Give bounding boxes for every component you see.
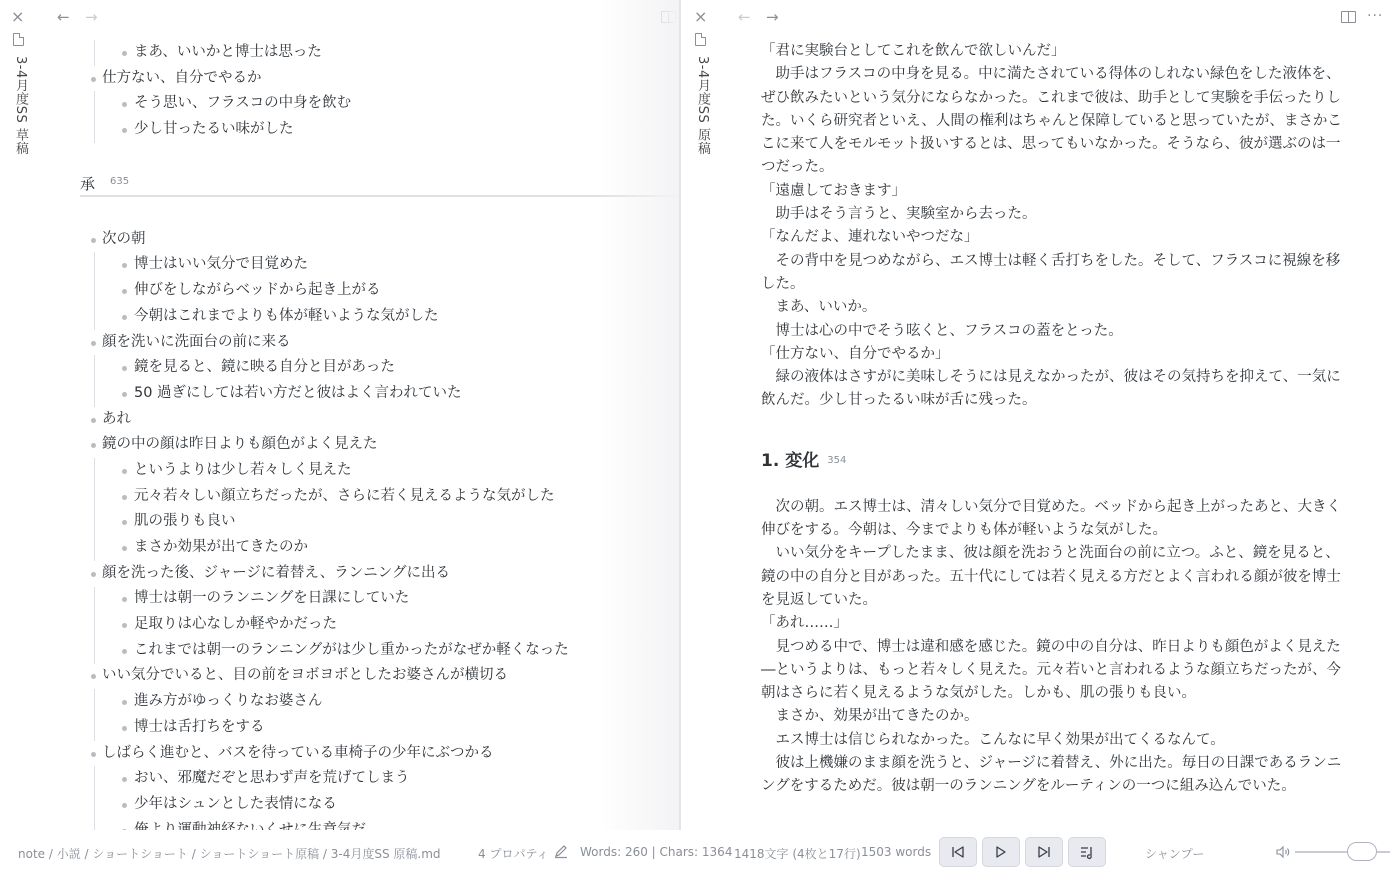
bullet-icon[interactable] [122, 803, 127, 808]
left-pane: × 3-4月度SS 草稿 ← → まあ、いいかと博士は思った仕方ない、自分でやる… [0, 0, 680, 830]
paragraph: 「遠慮しておきます」 [761, 180, 1351, 203]
outline-item[interactable]: そう思い、フラスコの中身を飲む [80, 91, 680, 117]
breadcrumb[interactable]: note / 小説 / ショートショート / ショートショート原稿 / 3-4月… [18, 845, 441, 862]
outline-item[interactable]: 肌の張りも良い [80, 509, 680, 535]
indent-guide [94, 91, 95, 142]
outline-item-text: そう思い、フラスコの中身を飲む [134, 95, 351, 111]
bullet-icon[interactable] [122, 392, 127, 397]
bullet-icon[interactable] [122, 366, 127, 371]
play-button[interactable] [982, 837, 1020, 867]
left-tab-rail: × 3-4月度SS 草稿 [0, 0, 38, 830]
outline-editor[interactable]: まあ、いいかと博士は思った仕方ない、自分でやるかそう思い、フラスコの中身を飲む少… [80, 40, 680, 830]
outline-item[interactable]: 少年はシュンとした表情になる [80, 792, 680, 818]
volume-slider-thumb[interactable] [1347, 842, 1377, 861]
outline-item[interactable]: 足取りは心なしか軽やかだった [80, 612, 680, 638]
outline-item[interactable]: おい、邪魔だぞと思わず声を荒げてしまう [80, 766, 680, 792]
outline-top-group: まあ、いいかと博士は思った仕方ない、自分でやるかそう思い、フラスコの中身を飲む少… [80, 40, 680, 143]
outline-item[interactable]: 伸びをしながらベッドから起き上がる [80, 278, 680, 304]
reading-view-icon[interactable] [1341, 11, 1356, 23]
outline-item-text: 伸びをしながらベッドから起き上がる [134, 282, 381, 298]
paragraph: 助手はフラスコの中身を見る。中に満たされている得体のしれない緑色をした液体を、ぜ… [761, 63, 1351, 179]
outline-item[interactable]: あれ [80, 407, 680, 433]
volume-icon[interactable] [1275, 844, 1291, 860]
skip-back-icon [950, 844, 966, 860]
bullet-icon[interactable] [122, 469, 127, 474]
bullet-icon[interactable] [122, 520, 127, 525]
paragraph: 見つめる中で、博士は違和感を感じた。鏡の中の自分は、昨日よりも顔色がよく見えた―… [761, 636, 1351, 706]
outline-item-text: 鏡を見ると、鏡に映る自分と目があった [134, 359, 395, 375]
paragraph: 緑の液体はさすがに美味しそうには見えなかったが、彼はその気持ちを抑えて、一気に飲… [761, 366, 1351, 413]
bullet-icon[interactable] [91, 418, 96, 423]
paragraph: その背中を見つめながら、エス博士は軽く舌打ちをした。そして、フラスコに視線を移し… [761, 250, 1351, 297]
bullet-icon[interactable] [122, 546, 127, 551]
outline-item[interactable]: 鏡の中の顔は昨日よりも顔色がよく見えた [80, 432, 680, 458]
heading-rule [80, 195, 680, 197]
pencil-icon[interactable] [553, 843, 569, 859]
indent-guide [94, 458, 95, 561]
outline-main-group: 次の朝博士はいい気分で目覚めた伸びをしながらベッドから起き上がる今朝はこれまでよ… [80, 227, 680, 830]
section-heading: 1. 変化354 [761, 446, 1351, 476]
outline-item-text: 足取りは心なしか軽やかだった [134, 616, 337, 632]
bullet-icon[interactable] [91, 752, 96, 757]
outline-item-text: 博士は舌打ちをする [134, 719, 265, 735]
outline-item[interactable]: しばらく進むと、バスを待っている車椅子の少年にぶつかる [80, 741, 680, 767]
outline-item[interactable]: 顔を洗いに洗面台の前に来る [80, 330, 680, 356]
paragraph: 彼は上機嫌のまま顔を洗うと、ジャージに着替え、外に出た。毎日の日課であるランニン… [761, 752, 1351, 799]
bullet-icon[interactable] [122, 51, 127, 56]
outline-item[interactable]: 鏡を見ると、鏡に映る自分と目があった [80, 355, 680, 381]
playlist-icon [1079, 844, 1095, 860]
outline-item[interactable]: まさか効果が出てきたのか [80, 535, 680, 561]
outline-item-text: 博士はいい気分で目覚めた [134, 256, 308, 272]
previous-track-button[interactable] [939, 837, 977, 867]
outline-item-text: いい気分でいると、目の前をヨボヨボとしたお婆さんが横切る [102, 667, 508, 683]
outline-item-text: 顔を洗いに洗面台の前に来る [102, 334, 291, 350]
right-pane-title[interactable]: 3-4月度SS 原稿 [693, 56, 712, 155]
outline-item[interactable]: 今朝はこれまでよりも体が軽いような気がした [80, 304, 680, 330]
outline-item[interactable]: というよりは少し若々しく見えた [80, 458, 680, 484]
outline-item[interactable]: 博士は朝一のランニングを日課にしていた [80, 586, 680, 612]
bullet-icon[interactable] [122, 289, 127, 294]
outline-item-text: 少年はシュンとした表情になる [134, 796, 337, 812]
file-icon [13, 33, 24, 46]
paragraph: エス博士は信じられなかった。こんなに早く効果が出てくるなんて。 [761, 729, 1351, 752]
heading-text: 承 [80, 173, 95, 194]
bullet-icon[interactable] [91, 674, 96, 679]
document-body[interactable]: 「君に実験台としてこれを飲んで欲しいんだ」 助手はフラスコの中身を見る。中に満た… [761, 40, 1351, 799]
skip-forward-icon [1036, 844, 1052, 860]
outline-item-text: 少し甘ったるい味がした [134, 121, 294, 137]
outline-item[interactable]: まあ、いいかと博士は思った [80, 40, 680, 66]
outline-item[interactable]: 少し甘ったるい味がした [80, 117, 680, 143]
bullet-icon[interactable] [91, 77, 96, 82]
outline-item[interactable]: これまでは朝一のランニングがは少し重かったがなぜか軽くなった [80, 638, 680, 664]
bullet-icon[interactable] [122, 315, 127, 320]
outline-item-text: 今朝はこれまでよりも体が軽いような気がした [134, 308, 439, 324]
bullet-icon[interactable] [91, 341, 96, 346]
bullet-icon[interactable] [91, 443, 96, 448]
paragraph: 助手はそう言うと、実験室から去った。 [761, 203, 1351, 226]
outline-item[interactable]: 博士は舌打ちをする [80, 715, 680, 741]
outline-item-text: 俺より運動神経ないくせに生意気だ [134, 822, 366, 830]
outline-item-text: というよりは少し若々しく見えた [134, 462, 352, 478]
outline-item-text: 仕方ない、自分でやるか [102, 70, 262, 86]
outline-item[interactable]: 元々若々しい顔立ちだったが、さらに若く見えるような気がした [80, 484, 680, 510]
outline-item-text: 進み方がゆっくりなお婆さん [134, 693, 322, 709]
outline-item-text: まさか効果が出てきたのか [134, 539, 308, 555]
outline-item[interactable]: 進み方がゆっくりなお婆さん [80, 689, 680, 715]
bullet-icon[interactable] [122, 495, 127, 500]
outline-item-text: しばらく進むと、バスを待っている車椅子の少年にぶつかる [102, 745, 494, 761]
word-char-count: Words: 260 | Chars: 1364 [580, 845, 732, 859]
outline-item-text: 次の朝 [102, 231, 146, 247]
indent-guide [94, 355, 95, 406]
paragraph: 「仕方ない、自分でやるか」 [761, 343, 1351, 366]
paragraph: いい気分をキープしたまま、彼は顔を洗おうと洗面台の前に立つ。ふと、鏡を見ると、鏡… [761, 542, 1351, 612]
bullet-icon[interactable] [91, 238, 96, 243]
outline-item-text: 元々若々しい顔立ちだったが、さらに若く見えるような気がした [134, 488, 555, 504]
status-bar: note / 小説 / ショートショート / ショートショート原稿 / 3-4月… [0, 830, 1400, 875]
outline-item[interactable]: 俺より運動神経ないくせに生意気だ [80, 818, 680, 830]
outline-item-text: 肌の張りも良い [134, 513, 236, 529]
outline-item[interactable]: いい気分でいると、目の前をヨボヨボとしたお婆さんが横切る [80, 663, 680, 689]
paragraph: 「あれ……」 [761, 612, 1351, 635]
close-icon[interactable]: × [694, 9, 707, 25]
outline-item-text: 50 過ぎにしては若い方だと彼はよく言われていた [134, 385, 462, 401]
right-tab-rail: × 3-4月度SS 原稿 [681, 0, 719, 830]
section-title: 1. 変化 [761, 451, 819, 471]
back-arrow-icon[interactable]: ← [57, 10, 70, 25]
properties-count[interactable]: 4 プロパティ [478, 845, 549, 862]
left-pane-title[interactable]: 3-4月度SS 草稿 [11, 56, 30, 155]
bullet-icon[interactable] [122, 102, 127, 107]
bullet-icon[interactable] [122, 623, 127, 628]
paragraph-group-section: 次の朝。エス博士は、清々しい気分で目覚めた。ベッドから起き上がったあと、大きく伸… [761, 496, 1351, 799]
paragraph: 「君に実験台としてこれを飲んで欲しいんだ」 [761, 40, 1351, 63]
play-icon [993, 844, 1009, 860]
outline-item-text: おい、邪魔だぞと思わず声を荒げてしまう [134, 770, 410, 786]
outline-item-text: あれ [102, 411, 131, 427]
playlist-button[interactable] [1068, 837, 1106, 867]
right-pane: × 3-4月度SS 原稿 ← → ··· 「君に実験台としてこれを飲んで欲しいん… [681, 0, 1400, 830]
outline-item[interactable]: 博士はいい気分で目覚めた [80, 252, 680, 278]
bullet-icon[interactable] [122, 128, 127, 133]
more-options-icon[interactable]: ··· [1367, 8, 1383, 24]
forward-arrow-icon[interactable]: → [766, 10, 779, 25]
section-count: 354 [827, 455, 846, 466]
indent-guide [94, 252, 95, 329]
outline-item-text: 顔を洗った後、ジャージに着替え、ランニングに出る [102, 565, 450, 581]
bullet-icon[interactable] [122, 597, 127, 602]
file-icon [695, 33, 706, 46]
close-icon[interactable]: × [11, 9, 24, 25]
heading-row: 承 635 [80, 163, 680, 210]
paragraph: まさか、効果が出てきたのか。 [761, 705, 1351, 728]
next-track-button[interactable] [1025, 837, 1063, 867]
heading-count: 635 [110, 176, 129, 187]
forward-arrow-icon[interactable]: → [85, 10, 98, 25]
outline-item[interactable]: 仕方ない、自分でやるか [80, 66, 680, 92]
bullet-icon[interactable] [122, 700, 127, 705]
indent-guide [94, 40, 95, 66]
outline-item-text: まあ、いいかと博士は思った [134, 44, 322, 60]
word-count: 1503 words [861, 845, 931, 859]
bullet-icon[interactable] [122, 777, 127, 782]
back-arrow-icon[interactable]: ← [738, 10, 751, 25]
paragraph: 「なんだよ、連れないやつだな」 [761, 226, 1351, 249]
bullet-icon[interactable] [122, 649, 127, 654]
bullet-icon[interactable] [122, 263, 127, 268]
paragraph: 次の朝。エス博士は、清々しい気分で目覚めた。ベッドから起き上がったあと、大きく伸… [761, 496, 1351, 543]
paragraph: 博士は心の中でそう呟くと、フラスコの蓋をとった。 [761, 320, 1351, 343]
bullet-icon[interactable] [91, 572, 96, 577]
outline-item-text: 鏡の中の顔は昨日よりも顔色がよく見えた [102, 436, 378, 452]
outline-item[interactable]: 50 過ぎにしては若い方だと彼はよく言われていた [80, 381, 680, 407]
paragraph-group-top: 「君に実験台としてこれを飲んで欲しいんだ」 助手はフラスコの中身を見る。中に満た… [761, 40, 1351, 413]
bullet-icon[interactable] [122, 726, 127, 731]
paragraph: まあ、いいか。 [761, 296, 1351, 319]
outline-item[interactable]: 次の朝 [80, 227, 680, 253]
reading-view-icon[interactable] [661, 11, 676, 23]
indent-guide [94, 766, 95, 830]
track-name: シャンプー [1145, 845, 1204, 862]
outline-item[interactable]: 顔を洗った後、ジャージに着替え、ランニングに出る [80, 561, 680, 587]
outline-item-text: これまでは朝一のランニングがは少し重かったがなぜか軽くなった [134, 642, 569, 658]
indent-guide [94, 689, 95, 740]
japanese-char-count: 1418文字 (4枚と17行) [734, 845, 861, 862]
outline-item-text: 博士は朝一のランニングを日課にしていた [134, 590, 409, 606]
indent-guide [94, 587, 95, 664]
